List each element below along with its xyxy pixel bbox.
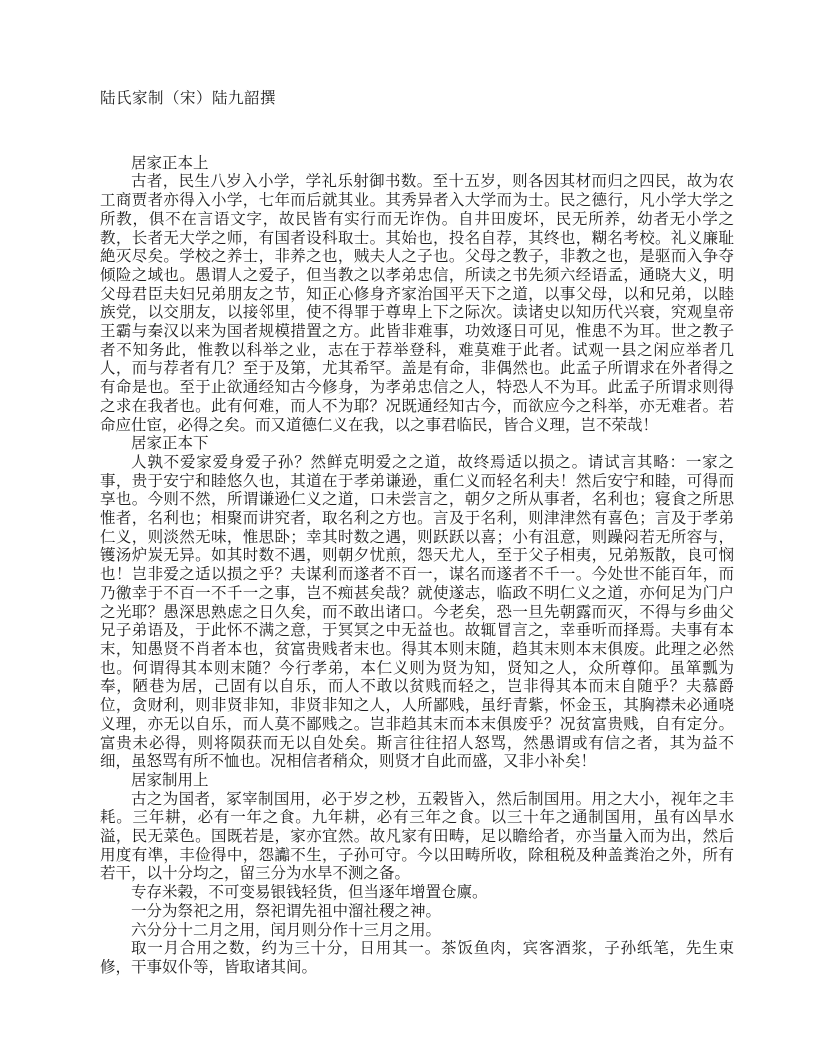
paragraph: 古之为国者，冢宰制国用，必于岁之杪，五榖皆入，然后制国用。用之大小，视年之丰耗。…: [100, 791, 734, 885]
paragraph: 一分为祭祀之用，祭祀谓先祖中溜社稷之神。: [100, 903, 734, 922]
paragraph: 取一月合用之数，约为三十分，日用其一。茶饭鱼肉，宾客酒浆，子孙纸笔，先生束修，干…: [100, 940, 734, 977]
paragraph: 古者，民生八岁入小学，学礼乐射御书数。至十五岁，则各因其材而归之四民，故为农工商…: [100, 173, 734, 435]
paragraph: 六分分十二月之用，闰月则分作十三月之用。: [100, 922, 734, 941]
document-body: 居家正本上 古者，民生八岁入小学，学礼乐射御书数。至十五岁，则各因其材而归之四民…: [100, 155, 734, 978]
document-title: 陆氏家制（宋）陆九韶撰: [100, 90, 734, 109]
document-page: 陆氏家制（宋）陆九韶撰 居家正本上 古者，民生八岁入小学，学礼乐射御书数。至十五…: [0, 0, 816, 1056]
paragraph: 人孰不爱家爱身爱子孙？然鲜克明爱之之道，故终焉适以损之。请试言其略：一家之事，贵…: [100, 454, 734, 772]
section-heading-jujia-zhiyong-shang: 居家制用上: [100, 772, 734, 791]
section-heading-jujia-zhengben-shang: 居家正本上: [100, 155, 734, 174]
paragraph: 专存米榖，不可变易银钱轻货，但当逐年增置仓廪。: [100, 884, 734, 903]
section-heading-jujia-zhengben-xia: 居家正本下: [100, 435, 734, 454]
